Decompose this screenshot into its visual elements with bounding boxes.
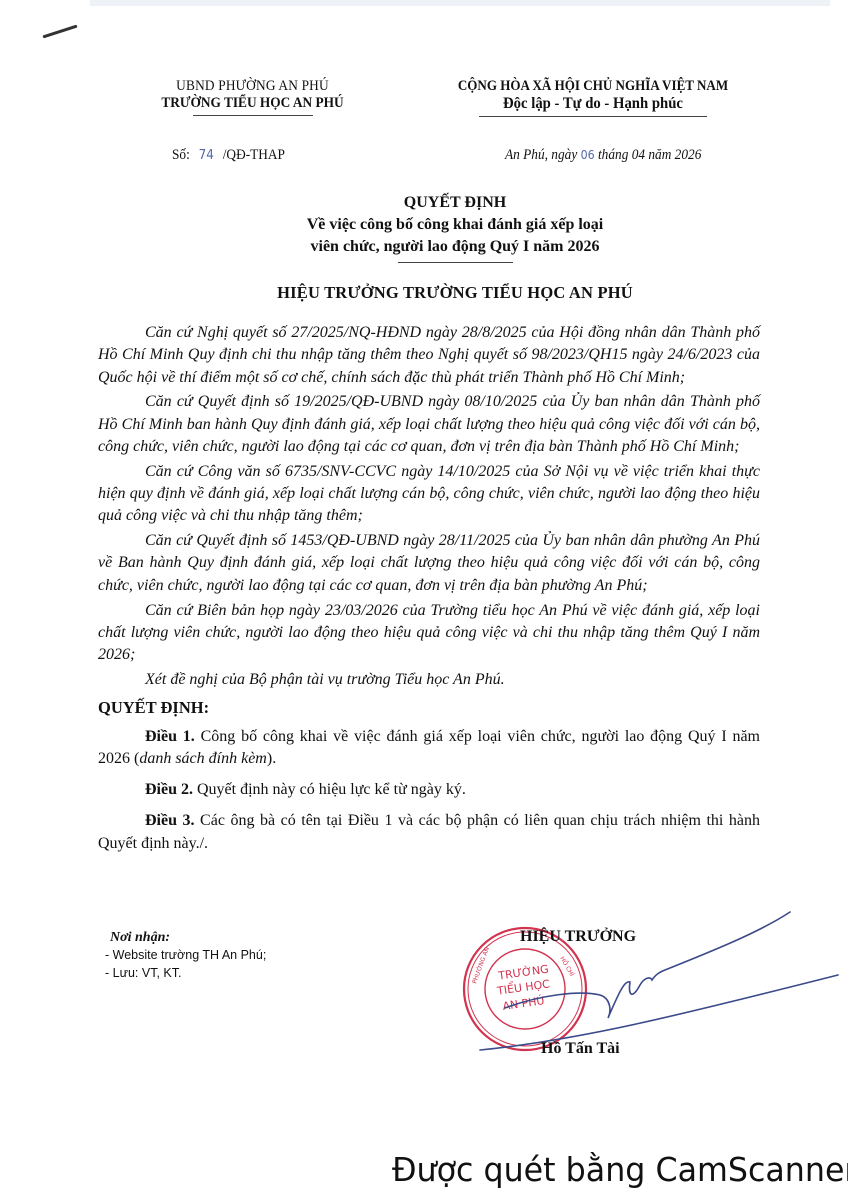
recipient-item: - Website trường TH An Phú; (105, 946, 405, 964)
article-3: Điều 3. Các ông bà có tên tại Điều 1 và … (98, 810, 760, 855)
national-title: CỘNG HÒA XÃ HỘI CHỦ NGHĨA VIỆT NAM (433, 78, 753, 95)
signer-name: Hồ Tấn Tài (541, 1040, 620, 1058)
recipients: Nơi nhận: - Website trường TH An Phú; - … (105, 930, 405, 982)
article-2: Điều 2. Quyết định này có hiệu lực kể từ… (98, 779, 760, 801)
title-subject-2: viên chức, người lao động Quý I năm 2026 (130, 236, 780, 258)
preamble-4: Căn cứ Quyết định số 1453/QĐ-UBND ngày 2… (98, 530, 760, 597)
document-number: Số: 74 /QĐ-THAP (172, 147, 285, 164)
title-underline (398, 262, 513, 263)
decision-heading: QUYẾT ĐỊNH: (98, 697, 760, 719)
national-header: CỘNG HÒA XÃ HỘI CHỦ NGHĨA VIỆT NAM Độc l… (415, 78, 771, 117)
national-motto: Độc lập - Tự do - Hạnh phúc (429, 95, 757, 113)
title-main: QUYẾT ĐỊNH (130, 192, 780, 214)
recipients-heading: Nơi nhận: (110, 930, 405, 946)
document-body: Căn cứ Nghị quyết số 27/2025/NQ-HĐND ngà… (98, 322, 760, 864)
preamble-2: Căn cứ Quyết định số 19/2025/QĐ-UBND ngà… (98, 391, 760, 458)
article-1: Điều 1. Công bố công khai về việc đánh g… (98, 726, 760, 771)
scan-pen-mark (42, 25, 77, 39)
title-subject-1: Về việc công bố công khai đánh giá xếp l… (130, 214, 780, 236)
handwritten-signature-icon (460, 900, 840, 1070)
preamble-6: Xét đề nghị của Bộ phận tài vụ trường Ti… (98, 669, 760, 691)
preamble-3: Căn cứ Công văn số 6735/SNV-CCVC ngày 14… (98, 461, 760, 528)
handwritten-day: 06 (581, 148, 595, 162)
preamble-5: Căn cứ Biên bản họp ngày 23/03/2026 của … (98, 600, 760, 667)
preamble-1: Căn cứ Nghị quyết số 27/2025/NQ-HĐND ngà… (98, 322, 760, 389)
issuing-authority: HIỆU TRƯỞNG TRƯỜNG TIỂU HỌC AN PHÚ (130, 283, 780, 303)
issuer-name: TRƯỜNG TIỂU HỌC AN PHÚ (140, 95, 365, 112)
issuer-parent: UBND PHƯỜNG AN PHÚ (140, 78, 365, 95)
motto-underline (479, 116, 707, 117)
scanner-watermark: Được quét bằng CamScanner (392, 1150, 848, 1189)
issuer-underline (193, 115, 313, 116)
scan-top-edge (90, 0, 830, 6)
issuer-header: UBND PHƯỜNG AN PHÚ TRƯỜNG TIỂU HỌC AN PH… (130, 78, 375, 116)
document-title: QUYẾT ĐỊNH Về việc công bố công khai đán… (130, 192, 780, 303)
handwritten-number: 74 (199, 148, 214, 163)
document-date: An Phú, ngày 06 tháng 04 năm 2026 (505, 147, 701, 164)
recipient-item: - Lưu: VT, KT. (105, 964, 405, 982)
